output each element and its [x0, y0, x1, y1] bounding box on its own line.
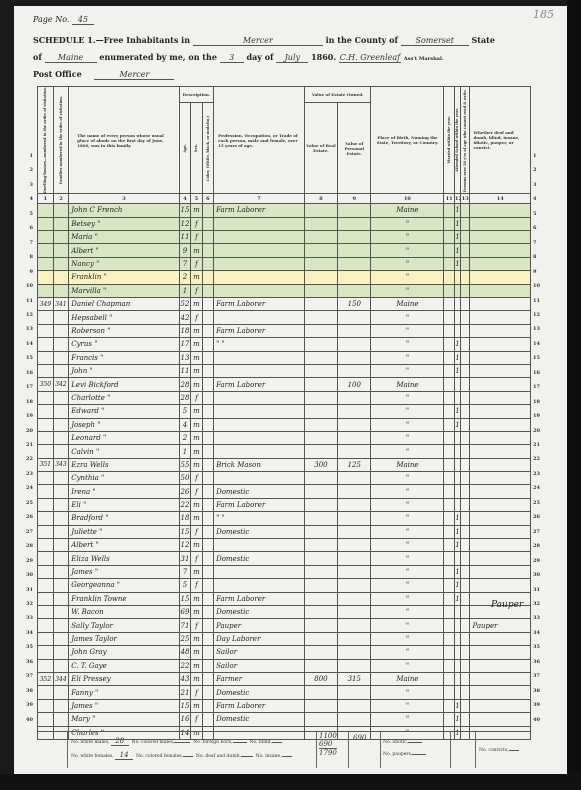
cell-married	[444, 579, 454, 592]
cell-occupation	[214, 217, 305, 230]
cell-age: 31	[179, 552, 190, 565]
cell-name: Fanny "	[69, 686, 179, 699]
census-row: James "7m"1	[38, 565, 531, 578]
cell-cannot-read	[461, 525, 470, 538]
col-age-header: Age.	[179, 103, 190, 194]
cell-real	[304, 498, 337, 511]
census-row: Cynthia "50f"	[38, 472, 531, 485]
cell-birth: "	[371, 525, 444, 538]
state-label: State	[472, 35, 495, 45]
cell-real	[304, 699, 337, 712]
cell-dwelling	[38, 525, 54, 538]
cell-age: 52	[179, 298, 190, 311]
cell-dwelling	[38, 391, 54, 404]
line-number: 2	[533, 167, 536, 173]
cell-name: Cynthia "	[69, 472, 179, 485]
cell-real	[304, 485, 337, 498]
cell-condition	[470, 485, 531, 498]
column-number: 14	[470, 194, 531, 204]
census-row: James Taylor25mDay Laborer"	[38, 632, 531, 645]
month-value: July	[276, 53, 308, 63]
cell-age: 15	[179, 699, 190, 712]
column-number: 9	[338, 194, 371, 204]
cell-age: 7	[179, 257, 190, 270]
cell-real	[304, 364, 337, 377]
cell-cannot-read	[461, 619, 470, 632]
cell-dwelling	[38, 713, 54, 726]
cell-birth: "	[371, 271, 444, 284]
cell-personal	[338, 445, 371, 458]
cell-condition	[470, 672, 531, 685]
cell-real	[304, 231, 337, 244]
cell-married	[444, 418, 454, 431]
line-number: 10	[19, 283, 33, 289]
cell-condition	[470, 458, 531, 471]
cell-name: Joseph "	[69, 418, 179, 431]
line-number: 11	[19, 298, 33, 304]
cell-name: Franklin "	[69, 271, 179, 284]
cell-condition	[470, 565, 531, 578]
cell-name: W. Bacon	[69, 606, 179, 619]
cell-married	[444, 458, 454, 471]
cell-real	[304, 592, 337, 605]
cell-personal	[338, 525, 371, 538]
cell-real	[304, 418, 337, 431]
cell-birth: "	[371, 646, 444, 659]
cell-sex: m	[191, 338, 202, 351]
census-row: James "15mFarm Laborer"1	[38, 699, 531, 712]
cell-occupation	[214, 539, 305, 552]
column-number: 6	[202, 194, 213, 204]
cell-family	[53, 525, 69, 538]
cell-sex: f	[191, 284, 202, 297]
cell-birth: "	[371, 606, 444, 619]
cell-personal	[338, 324, 371, 337]
line-number: 30	[533, 572, 540, 578]
cell-dwelling	[38, 565, 54, 578]
county-label: in the County of	[326, 35, 398, 45]
cell-cannot-read	[461, 271, 470, 284]
line-number: 7	[19, 240, 33, 246]
cell-age: 17	[179, 338, 190, 351]
cell-family	[53, 713, 69, 726]
line-number: 3	[533, 182, 536, 188]
cell-birth: "	[371, 445, 444, 458]
cell-real	[304, 324, 337, 337]
cell-age: 69	[179, 606, 190, 619]
state-value: Maine	[45, 53, 97, 63]
cell-dwelling	[38, 351, 54, 364]
line-number: 4	[19, 196, 33, 202]
cell-family	[53, 418, 69, 431]
cell-family	[53, 405, 69, 418]
cell-personal	[338, 405, 371, 418]
cell-family	[53, 619, 69, 632]
cell-color	[202, 391, 213, 404]
cell-sex: f	[191, 713, 202, 726]
cell-condition	[470, 231, 531, 244]
cell-married	[444, 324, 454, 337]
cell-age: 12	[179, 217, 190, 230]
cell-family	[53, 351, 69, 364]
cell-age: 1	[179, 445, 190, 458]
line-number: 34	[19, 630, 33, 636]
cell-personal	[338, 498, 371, 511]
line-number: 18	[19, 399, 33, 405]
cell-name: Georgeanna "	[69, 579, 179, 592]
cell-sex: f	[191, 485, 202, 498]
cell-personal	[338, 619, 371, 632]
line-number: 14	[533, 341, 540, 347]
cell-real	[304, 405, 337, 418]
cell-name: Eli Pressey	[69, 672, 179, 685]
cell-name: James Taylor	[69, 632, 179, 645]
census-row: Bradford "18m" ""1	[38, 512, 531, 525]
cell-married	[444, 646, 454, 659]
cell-cannot-read	[461, 405, 470, 418]
cell-occupation	[214, 431, 305, 444]
cell-family	[53, 498, 69, 511]
census-row: John Gray48mSailor"	[38, 646, 531, 659]
cell-color	[202, 217, 213, 230]
cell-birth: "	[371, 686, 444, 699]
real-estate-totals: 1100 690 1790	[319, 732, 337, 757]
line-number: 25	[533, 500, 540, 506]
day-of-label: day of	[247, 52, 274, 62]
cell-birth: "	[371, 431, 444, 444]
col-personal-estate-header: Value of Personal Estate.	[338, 103, 371, 194]
convicts-summary: No. convicts,	[479, 748, 519, 753]
marshal-label: Ass't Marshal.	[404, 56, 444, 62]
cell-personal	[338, 579, 371, 592]
cell-name: Mary "	[69, 713, 179, 726]
cell-sex: m	[191, 565, 202, 578]
line-number: 33	[19, 615, 33, 621]
census-row: 351343Ezra Wells55mBrick Mason300125Main…	[38, 458, 531, 471]
cell-age: 13	[179, 351, 190, 364]
cell-sex: f	[191, 257, 202, 270]
idiotic-summary: No. idiotic,	[383, 740, 422, 745]
cell-birth: "	[371, 699, 444, 712]
cell-condition	[470, 632, 531, 645]
cell-birth: "	[371, 284, 444, 297]
cell-married	[444, 364, 454, 377]
cell-name: Ezra Wells	[69, 458, 179, 471]
line-number: 19	[533, 413, 540, 419]
cell-family: 343	[53, 458, 69, 471]
cell-sex: m	[191, 324, 202, 337]
cell-sex: m	[191, 204, 202, 217]
census-row: Georgeanna "5f"1	[38, 579, 531, 592]
cell-personal	[338, 713, 371, 726]
cell-birth: "	[371, 472, 444, 485]
cell-condition	[470, 391, 531, 404]
cell-cannot-read	[461, 378, 470, 391]
cell-dwelling	[38, 512, 54, 525]
cell-name: C. T. Gaye	[69, 659, 179, 672]
cell-sex: f	[191, 217, 202, 230]
cell-cannot-read	[461, 632, 470, 645]
line-number: 35	[19, 644, 33, 650]
cell-name: Leonard "	[69, 431, 179, 444]
census-row: Fanny "21fDomestic"	[38, 686, 531, 699]
cell-married	[444, 271, 454, 284]
cell-cannot-read	[461, 659, 470, 672]
cell-age: 7	[179, 565, 190, 578]
cell-family	[53, 324, 69, 337]
cell-personal	[338, 311, 371, 324]
cell-birth: "	[371, 512, 444, 525]
cell-cannot-read	[461, 512, 470, 525]
cell-age: 9	[179, 244, 190, 257]
census-row: Juliette "15fDomestic"1	[38, 525, 531, 538]
line-number: 3	[19, 182, 33, 188]
cell-personal	[338, 364, 371, 377]
cell-married	[444, 672, 454, 685]
cell-age: 25	[179, 632, 190, 645]
cell-occupation: Sailor	[214, 659, 305, 672]
cell-real	[304, 284, 337, 297]
cell-dwelling	[38, 592, 54, 605]
cell-cannot-read	[461, 579, 470, 592]
line-number: 36	[19, 659, 33, 665]
cell-occupation: Domestic	[214, 552, 305, 565]
cell-birth: "	[371, 592, 444, 605]
line-number: 13	[19, 326, 33, 332]
cell-married	[444, 231, 454, 244]
col-family-header: Families numbered in the order of visita…	[53, 87, 69, 194]
cell-cannot-read	[461, 606, 470, 619]
cell-color	[202, 204, 213, 217]
cell-personal: 315	[338, 672, 371, 685]
cell-sex: m	[191, 351, 202, 364]
cell-condition	[470, 244, 531, 257]
cell-real	[304, 646, 337, 659]
cell-married	[444, 699, 454, 712]
cell-birth: "	[371, 311, 444, 324]
line-number: 32	[533, 601, 540, 607]
cell-sex: m	[191, 592, 202, 605]
cell-dwelling	[38, 445, 54, 458]
cell-cannot-read	[461, 713, 470, 726]
line-number: 12	[533, 312, 540, 318]
cell-real	[304, 391, 337, 404]
cell-occupation: Domestic	[214, 525, 305, 538]
cell-color	[202, 632, 213, 645]
cell-color	[202, 525, 213, 538]
cell-color	[202, 271, 213, 284]
census-row: Nancy "7f"1	[38, 257, 531, 270]
col-condition-header: Whether deaf and dumb, blind, insane, id…	[470, 87, 531, 194]
cell-personal	[338, 271, 371, 284]
cell-occupation	[214, 271, 305, 284]
cell-color	[202, 498, 213, 511]
cell-name: Nancy "	[69, 257, 179, 270]
cell-real	[304, 539, 337, 552]
census-row: Eliza Wells31fDomestic"	[38, 552, 531, 565]
cell-name: Bradford "	[69, 512, 179, 525]
page-number: Page No. 45	[33, 15, 94, 25]
cell-dwelling	[38, 579, 54, 592]
cell-color	[202, 244, 213, 257]
cell-name: Hepsabell "	[69, 311, 179, 324]
county-value: Somerset	[401, 36, 469, 46]
cell-color	[202, 324, 213, 337]
cell-birth: Maine	[371, 298, 444, 311]
cell-name: Eli "	[69, 498, 179, 511]
census-row: Maria "11f"1	[38, 231, 531, 244]
cell-sex: f	[191, 231, 202, 244]
col-illiterate-header: Persons over 20 y'rs of age who cannot r…	[461, 87, 470, 194]
cell-color	[202, 659, 213, 672]
column-number: 5	[191, 194, 202, 204]
cell-color	[202, 364, 213, 377]
cell-age: 2	[179, 431, 190, 444]
cell-cannot-read	[461, 431, 470, 444]
cell-cannot-read	[461, 472, 470, 485]
cell-occupation: Brick Mason	[214, 458, 305, 471]
cell-color	[202, 619, 213, 632]
cell-name: Levi Bickford	[69, 378, 179, 391]
cell-dwelling	[38, 204, 54, 217]
cell-real: 300	[304, 458, 337, 471]
cell-dwelling	[38, 405, 54, 418]
line-number: 18	[533, 399, 540, 405]
cell-occupation: Farm Laborer	[214, 204, 305, 217]
cell-name: Edward "	[69, 405, 179, 418]
line-number: 9	[19, 269, 33, 275]
cell-occupation: " "	[214, 512, 305, 525]
cell-real: 800	[304, 672, 337, 685]
cell-sex: f	[191, 579, 202, 592]
cell-age: 55	[179, 458, 190, 471]
cell-personal	[338, 257, 371, 270]
cell-name: Marvilla "	[69, 284, 179, 297]
cell-condition	[470, 364, 531, 377]
cell-age: 5	[179, 405, 190, 418]
cell-color	[202, 378, 213, 391]
cell-dwelling	[38, 485, 54, 498]
cell-dwelling	[38, 271, 54, 284]
cell-color	[202, 565, 213, 578]
cell-real	[304, 217, 337, 230]
cell-personal	[338, 431, 371, 444]
cell-personal	[338, 204, 371, 217]
cell-age: 2	[179, 271, 190, 284]
cell-birth: Maine	[371, 672, 444, 685]
cell-age: 50	[179, 472, 190, 485]
cell-real	[304, 552, 337, 565]
col-color-header: Color, (White, black, or mulatto.)	[202, 103, 213, 194]
line-number: 5	[19, 211, 33, 217]
line-number: 17	[19, 384, 33, 390]
census-row: Joseph "4m"1	[38, 418, 531, 431]
cell-birth: "	[371, 539, 444, 552]
cell-family	[53, 579, 69, 592]
cell-condition	[470, 646, 531, 659]
cell-birth: "	[371, 579, 444, 592]
cell-dwelling	[38, 418, 54, 431]
cell-married	[444, 257, 454, 270]
line-number: 35	[533, 644, 540, 650]
cell-condition	[470, 284, 531, 297]
cell-dwelling: 350	[38, 378, 54, 391]
cell-cannot-read	[461, 565, 470, 578]
cell-personal: 125	[338, 458, 371, 471]
cell-condition	[470, 539, 531, 552]
cell-dwelling	[38, 431, 54, 444]
cell-cannot-read	[461, 244, 470, 257]
cell-name: Cyrus "	[69, 338, 179, 351]
cell-sex: m	[191, 512, 202, 525]
cell-age: 15	[179, 592, 190, 605]
cell-sex: m	[191, 271, 202, 284]
line-number: 6	[19, 225, 33, 231]
line-number: 5	[533, 211, 536, 217]
cell-family	[53, 472, 69, 485]
line-number: 36	[533, 659, 540, 665]
cell-condition	[470, 472, 531, 485]
cell-age: 15	[179, 525, 190, 538]
cell-sex: m	[191, 244, 202, 257]
cell-dwelling: 352	[38, 672, 54, 685]
cell-birth: "	[371, 552, 444, 565]
cell-personal	[338, 646, 371, 659]
cell-cannot-read	[461, 498, 470, 511]
cell-occupation	[214, 364, 305, 377]
cell-birth: "	[371, 485, 444, 498]
cell-cannot-read	[461, 338, 470, 351]
cell-cannot-read	[461, 298, 470, 311]
line-number: 6	[533, 225, 536, 231]
personal-estate-total: 690	[353, 734, 366, 742]
cell-married	[444, 606, 454, 619]
cell-color	[202, 298, 213, 311]
cell-real	[304, 298, 337, 311]
cell-condition	[470, 324, 531, 337]
cell-cannot-read	[461, 364, 470, 377]
cell-sex: m	[191, 646, 202, 659]
census-row: Cyrus "17m" ""1	[38, 338, 531, 351]
enumerated-label: enumerated by me, on the	[99, 52, 217, 62]
cell-occupation	[214, 244, 305, 257]
col-real-estate-header: Value of Real Estate.	[304, 103, 337, 194]
cell-cannot-read	[461, 231, 470, 244]
line-number: 19	[19, 413, 33, 419]
census-row: Irena "26fDomestic"	[38, 485, 531, 498]
cell-name: Roberson "	[69, 324, 179, 337]
cell-personal	[338, 244, 371, 257]
cell-age: 28	[179, 378, 190, 391]
cell-married	[444, 378, 454, 391]
cell-family	[53, 606, 69, 619]
cell-color	[202, 311, 213, 324]
cell-personal	[338, 351, 371, 364]
cell-name: Daniel Chapman	[69, 298, 179, 311]
cell-occupation	[214, 472, 305, 485]
census-row: Roberson "18mFarm Laborer"	[38, 324, 531, 337]
cell-color	[202, 418, 213, 431]
cell-occupation: Domestic	[214, 713, 305, 726]
cell-real	[304, 686, 337, 699]
line-number: 17	[533, 384, 540, 390]
value-group-header: Value of Estate Owned.	[304, 87, 371, 103]
line-number: 31	[533, 587, 540, 593]
cell-condition	[470, 498, 531, 511]
cell-birth: "	[371, 659, 444, 672]
cell-family	[53, 445, 69, 458]
cell-married	[444, 431, 454, 444]
